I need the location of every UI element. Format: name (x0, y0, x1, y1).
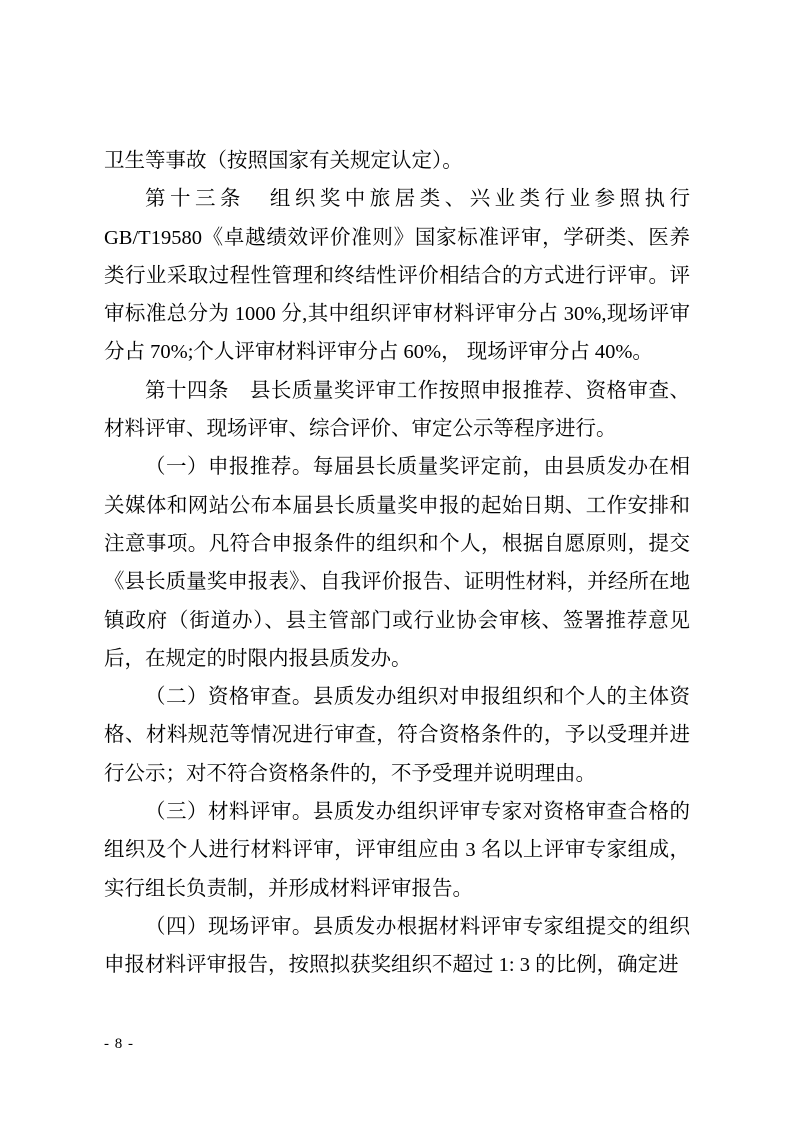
page-number: - 8 - (104, 1034, 134, 1054)
paragraph: （一）申报推荐。每届县长质量奖评定前，由县质发办在相关媒体和网站公布本届县长质量… (104, 448, 690, 678)
paragraph: 第十三条 组织奖中旅居类、兴业类行业参照执行GB/T19580《卓越绩效评价准则… (104, 180, 690, 371)
paragraph: 卫生等事故（按照国家有关规定认定）。 (104, 142, 690, 180)
document-page: 卫生等事故（按照国家有关规定认定）。第十三条 组织奖中旅居类、兴业类行业参照执行… (0, 0, 793, 1122)
paragraph: 第十四条 县长质量奖评审工作按照申报推荐、资格审查、材料评审、现场评审、综合评价… (104, 372, 690, 449)
paragraph: （三）材料评审。县质发办组织评审专家对资格审查合格的组织及个人进行材料评审，评审… (104, 793, 690, 908)
document-body: 卫生等事故（按照国家有关规定认定）。第十三条 组织奖中旅居类、兴业类行业参照执行… (104, 142, 690, 985)
paragraph: （四）现场评审。县质发办根据材料评审专家组提交的组织申报材料评审报告，按照拟获奖… (104, 908, 690, 985)
paragraph: （二）资格审查。县质发办组织对申报组织和个人的主体资格、材料规范等情况进行审查，… (104, 678, 690, 793)
